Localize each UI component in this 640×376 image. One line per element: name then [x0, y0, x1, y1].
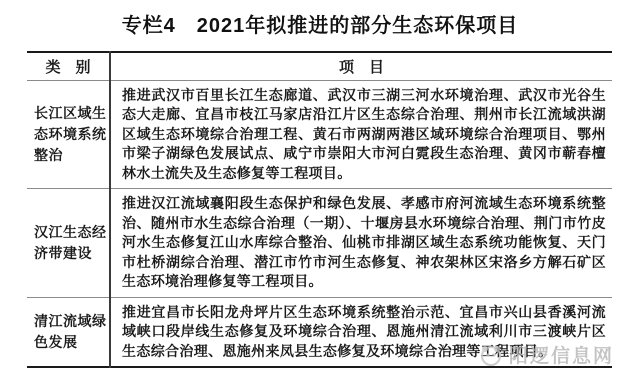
column-header-project: 项 目: [110, 52, 612, 80]
category-cell: 清江流域绿色发展: [27, 297, 110, 367]
eco-projects-table: 类 别 项 目 长江区域生态环境系统整治 推进武汉市百里长江生态廊道、武汉市三湖…: [27, 51, 612, 368]
project-cell: 推进武汉市百里长江生态廊道、武汉市三湖三河水环境治理、武汉市光谷生态大走廊、宜昌…: [110, 80, 612, 189]
project-cell: 推进汉江流域襄阳段生态保护和绿色发展、孝感市府河流域生态环境系统整治、随州市水生…: [110, 189, 612, 298]
table-header-row: 类 别 项 目: [27, 52, 612, 80]
category-cell: 汉江生态经济带建设: [27, 189, 110, 298]
table-row: 长江区域生态环境系统整治 推进武汉市百里长江生态廊道、武汉市三湖三河水环境治理、…: [27, 80, 612, 189]
watermark-text: 阳逻信息网: [509, 341, 614, 368]
table-row: 汉江生态经济带建设 推进汉江流域襄阳段生态保护和绿色发展、孝感市府河流域生态环境…: [27, 189, 612, 298]
watermark: 阳逻信息网: [478, 341, 614, 368]
document-page: 专栏4 2021年拟推进的部分生态环保项目 类 别 项 目 长江区域生态环境系统…: [0, 0, 640, 376]
page-title: 专栏4 2021年拟推进的部分生态环保项目: [0, 0, 640, 38]
watermark-logo-icon: [478, 342, 504, 368]
column-header-category: 类 别: [27, 52, 110, 80]
category-cell: 长江区域生态环境系统整治: [27, 80, 110, 189]
